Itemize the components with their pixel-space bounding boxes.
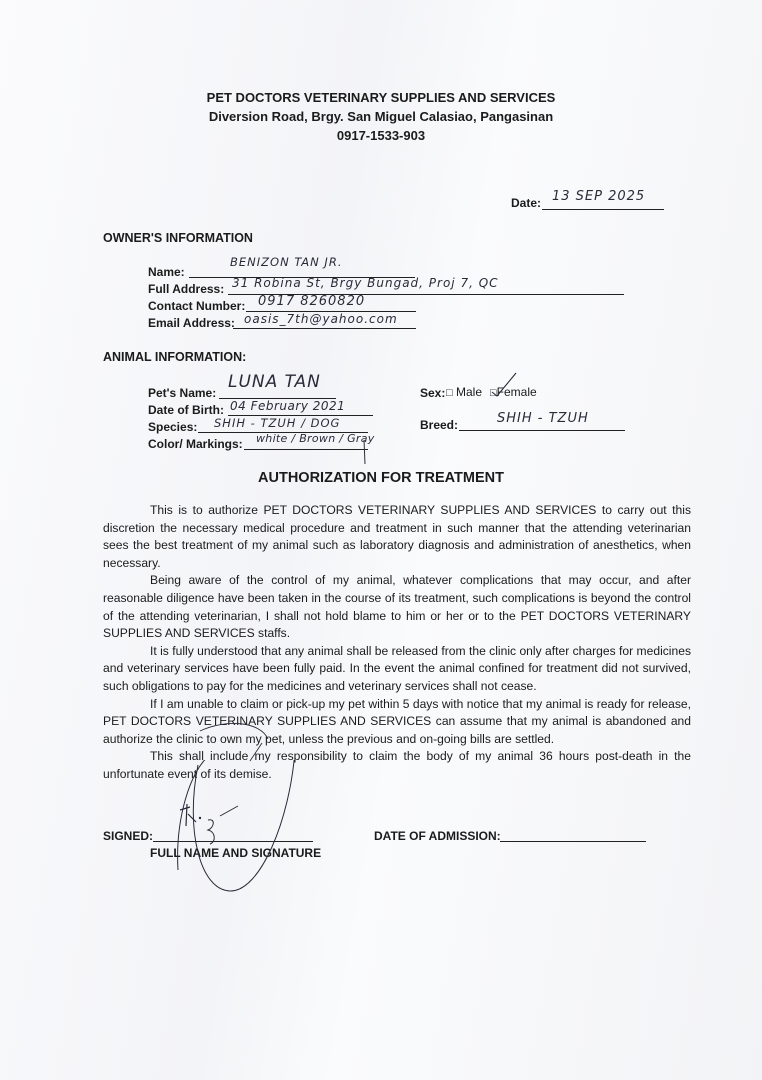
dob-label: Date of Birth: <box>148 403 224 417</box>
owner-name-value[interactable]: BENIZON TAN JR. <box>230 255 342 269</box>
date-of-admission-line[interactable] <box>500 841 646 842</box>
pen-stroke-mark <box>360 440 370 466</box>
owner-section-title: OWNER'S INFORMATION <box>103 231 253 245</box>
species-value[interactable]: SHIH - TZUH / DOG <box>214 416 340 430</box>
handwritten-signature <box>150 760 320 900</box>
company-name: PET DOCTORS VETERINARY SUPPLIES AND SERV… <box>0 90 762 105</box>
date-field-line[interactable] <box>542 209 664 210</box>
paragraph-authorize: This is to authorize PET DOCTORS VETERIN… <box>103 502 691 572</box>
date-value[interactable]: 13 SEP 2025 <box>552 189 645 204</box>
species-label: Species: <box>148 420 197 434</box>
pet-name-value[interactable]: LUNA TAN <box>228 372 321 392</box>
owner-email-line[interactable] <box>233 328 416 329</box>
owner-address-label: Full Address: <box>148 282 224 296</box>
pet-name-label: Pet's Name: <box>148 386 216 400</box>
sex-option-male[interactable]: □ Male <box>446 385 482 399</box>
checkbox-empty-icon[interactable]: □ <box>446 387 453 399</box>
authorization-title: AUTHORIZATION FOR TREATMENT <box>0 470 762 486</box>
date-label: Date: <box>511 196 541 210</box>
owner-email-value[interactable]: oasis_7th@yahoo.com <box>244 312 398 326</box>
breed-value[interactable]: SHIH - TZUH <box>497 411 589 426</box>
breed-label: Breed: <box>420 418 458 432</box>
pen-stroke-mark <box>180 717 280 777</box>
owner-email-label: Email Address: <box>148 316 235 330</box>
authorization-form-page: PET DOCTORS VETERINARY SUPPLIES AND SERV… <box>0 0 762 1080</box>
color-markings-line[interactable] <box>244 449 368 450</box>
sex-label: Sex: <box>420 386 445 400</box>
handwritten-check-mark-icon <box>490 370 520 398</box>
owner-contact-label: Contact Number: <box>148 299 245 313</box>
date-of-admission-label: DATE OF ADMISSION: <box>374 829 501 843</box>
company-phone: 0917-1533-903 <box>0 128 762 143</box>
company-address: Diversion Road, Brgy. San Miguel Calasia… <box>0 109 762 124</box>
paragraph-complications: Being aware of the control of my animal,… <box>103 572 691 642</box>
color-markings-label: Color/ Markings: <box>148 437 243 451</box>
owner-name-label: Name: <box>148 265 185 279</box>
animal-section-title: ANIMAL INFORMATION: <box>103 350 246 364</box>
owner-contact-value[interactable]: 0917 8260820 <box>258 294 365 309</box>
color-markings-value[interactable]: white / Brown / Gray <box>256 432 375 445</box>
signed-label: SIGNED: <box>103 829 153 843</box>
paragraph-charges: It is fully understood that any animal s… <box>103 643 691 696</box>
breed-line[interactable] <box>459 430 625 431</box>
owner-address-value[interactable]: 31 Robina St, Brgy Bungad, Proj 7, QC <box>232 276 499 290</box>
dob-value[interactable]: 04 February 2021 <box>230 399 345 413</box>
